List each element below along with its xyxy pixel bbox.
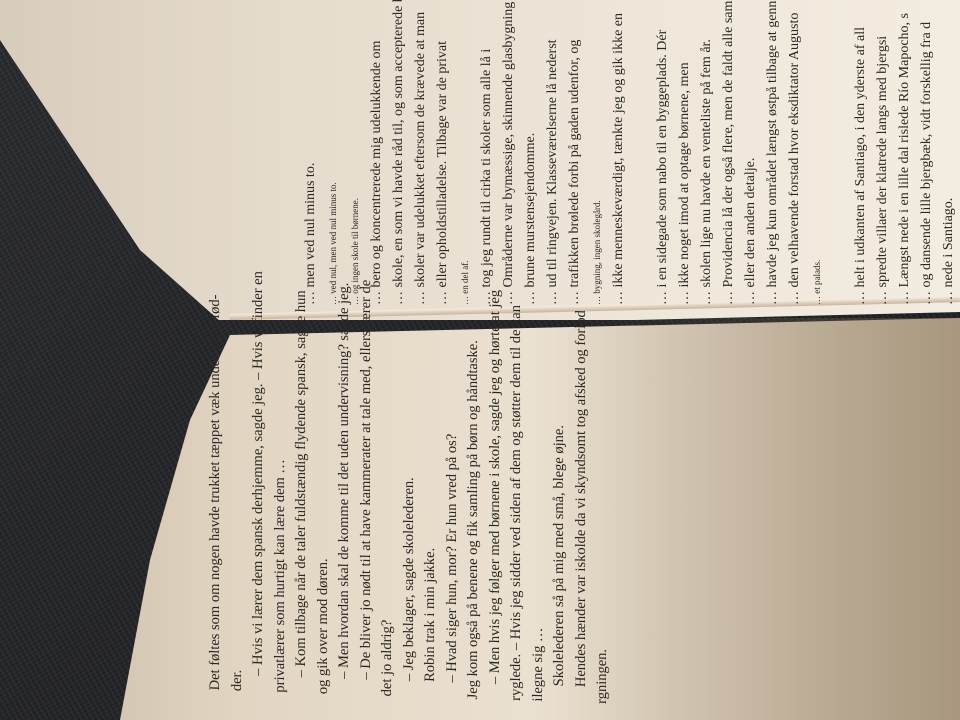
text-line: – Men hvis jeg følger med børnene i skol…	[485, 279, 507, 700]
text-line: ryglede. – Hvis jeg sidder ved siden af …	[506, 280, 528, 701]
text-line: … eller den anden detalje.	[740, 0, 762, 305]
text-line: … men ved nul minus to.	[300, 0, 322, 305]
text-line: ilegne sig …	[528, 281, 550, 702]
text-line: … ikke noget imod at optage børnene, men	[674, 0, 696, 305]
text-line: – Kom tilbage når de taler fuldstændig f…	[291, 272, 313, 693]
text-line: og gik over mod døren.	[313, 273, 335, 694]
text-line: … nede i Santiago.	[938, 0, 960, 305]
text-line: – De bliver jo nødt til at have kammerat…	[356, 275, 378, 696]
text-line: … og dansende lille bjergbæk, vidt forsk…	[916, 0, 938, 305]
text-line: der.	[227, 270, 249, 691]
text-line	[828, 0, 850, 305]
text-line: … skolen lige nu havde en venteliste på …	[696, 0, 718, 305]
text-line: … bygning, ingen skolegård.	[586, 0, 608, 305]
text-line: … Områderne var bymæssige, skinnende gla…	[498, 0, 520, 305]
text-line: … skoler var udelukket eftersom de kræve…	[410, 0, 432, 305]
text-line: … trafikken brølede forbi på gaden udenf…	[564, 0, 586, 305]
text-line: … Providencia lå der også flere, men de …	[718, 0, 740, 305]
text-line: … eller opholdstilladelse. Tilbage var d…	[432, 0, 454, 305]
text-line: … bero og koncentrerede mig udelukkende …	[366, 0, 388, 305]
text-line: det jo aldrig?	[377, 275, 399, 696]
text-line: … ud til ringvejen. Klasseværelserne lå …	[542, 0, 564, 305]
text-line: … ikke menneskeværdigt, tænkte jeg og gi…	[608, 0, 630, 305]
text-line	[630, 0, 652, 305]
text-line: … skole, en som vi havde råd til, og som…	[388, 0, 410, 305]
text-line: Jeg kom også på benene og fik samling på…	[463, 278, 485, 699]
text-line: … tog jeg rundt til cirka ti skoler som …	[476, 0, 498, 305]
text-line: – Men hvordan skal de komme til det uden…	[334, 274, 356, 695]
text-line: … et palads.	[806, 0, 828, 305]
text-line: privatlærer som hurtigt kan lære dem …	[270, 272, 292, 693]
text-line: Robin trak i min jakke.	[420, 277, 442, 698]
text-line: – Hvis vi lærer dem spansk derhjemme, sa…	[248, 271, 270, 692]
text-line: … brune murstensejendomme.	[520, 0, 542, 305]
text-line: … ved nul, men ved nul minus to.	[322, 0, 344, 305]
text-line: Hendes hænder var iskolde da vi skyndsom…	[571, 282, 593, 703]
page-shadow	[560, 318, 960, 720]
text-line: … helt i udkanten af Santiago, i den yde…	[850, 0, 872, 305]
text-line: Det føltes som om nogen havde trukket tæ…	[205, 269, 227, 690]
text-line: … Længst nede i en lille dal rislede Río…	[894, 0, 916, 305]
text-line: Skolelederen så på mig med små, blege øj…	[549, 281, 571, 702]
text-line: … den velhavende forstad hvor eksdiktato…	[784, 0, 806, 305]
top-page-text: … men ved nul minus to. … ved nul, men v…	[300, 0, 960, 305]
text-line: – Hvad siger hun, mor? Er hun vred på os…	[442, 278, 464, 699]
bottom-page-text: Det føltes som om nogen havde trukket tæ…	[205, 269, 614, 704]
text-line: … havde jeg kun området længst østpå til…	[762, 0, 784, 305]
text-line: … en del af.	[454, 0, 476, 305]
text-line: … i en sidegade som nabo til en byggepla…	[652, 0, 674, 305]
text-line: … spredte villaer der klatrede langs med…	[872, 0, 894, 305]
text-line: … og ingen skole til børnene.	[344, 0, 366, 305]
text-line: – Jeg beklager, sagde skolelederen.	[399, 276, 421, 697]
text-line: rgningen.	[592, 283, 614, 704]
